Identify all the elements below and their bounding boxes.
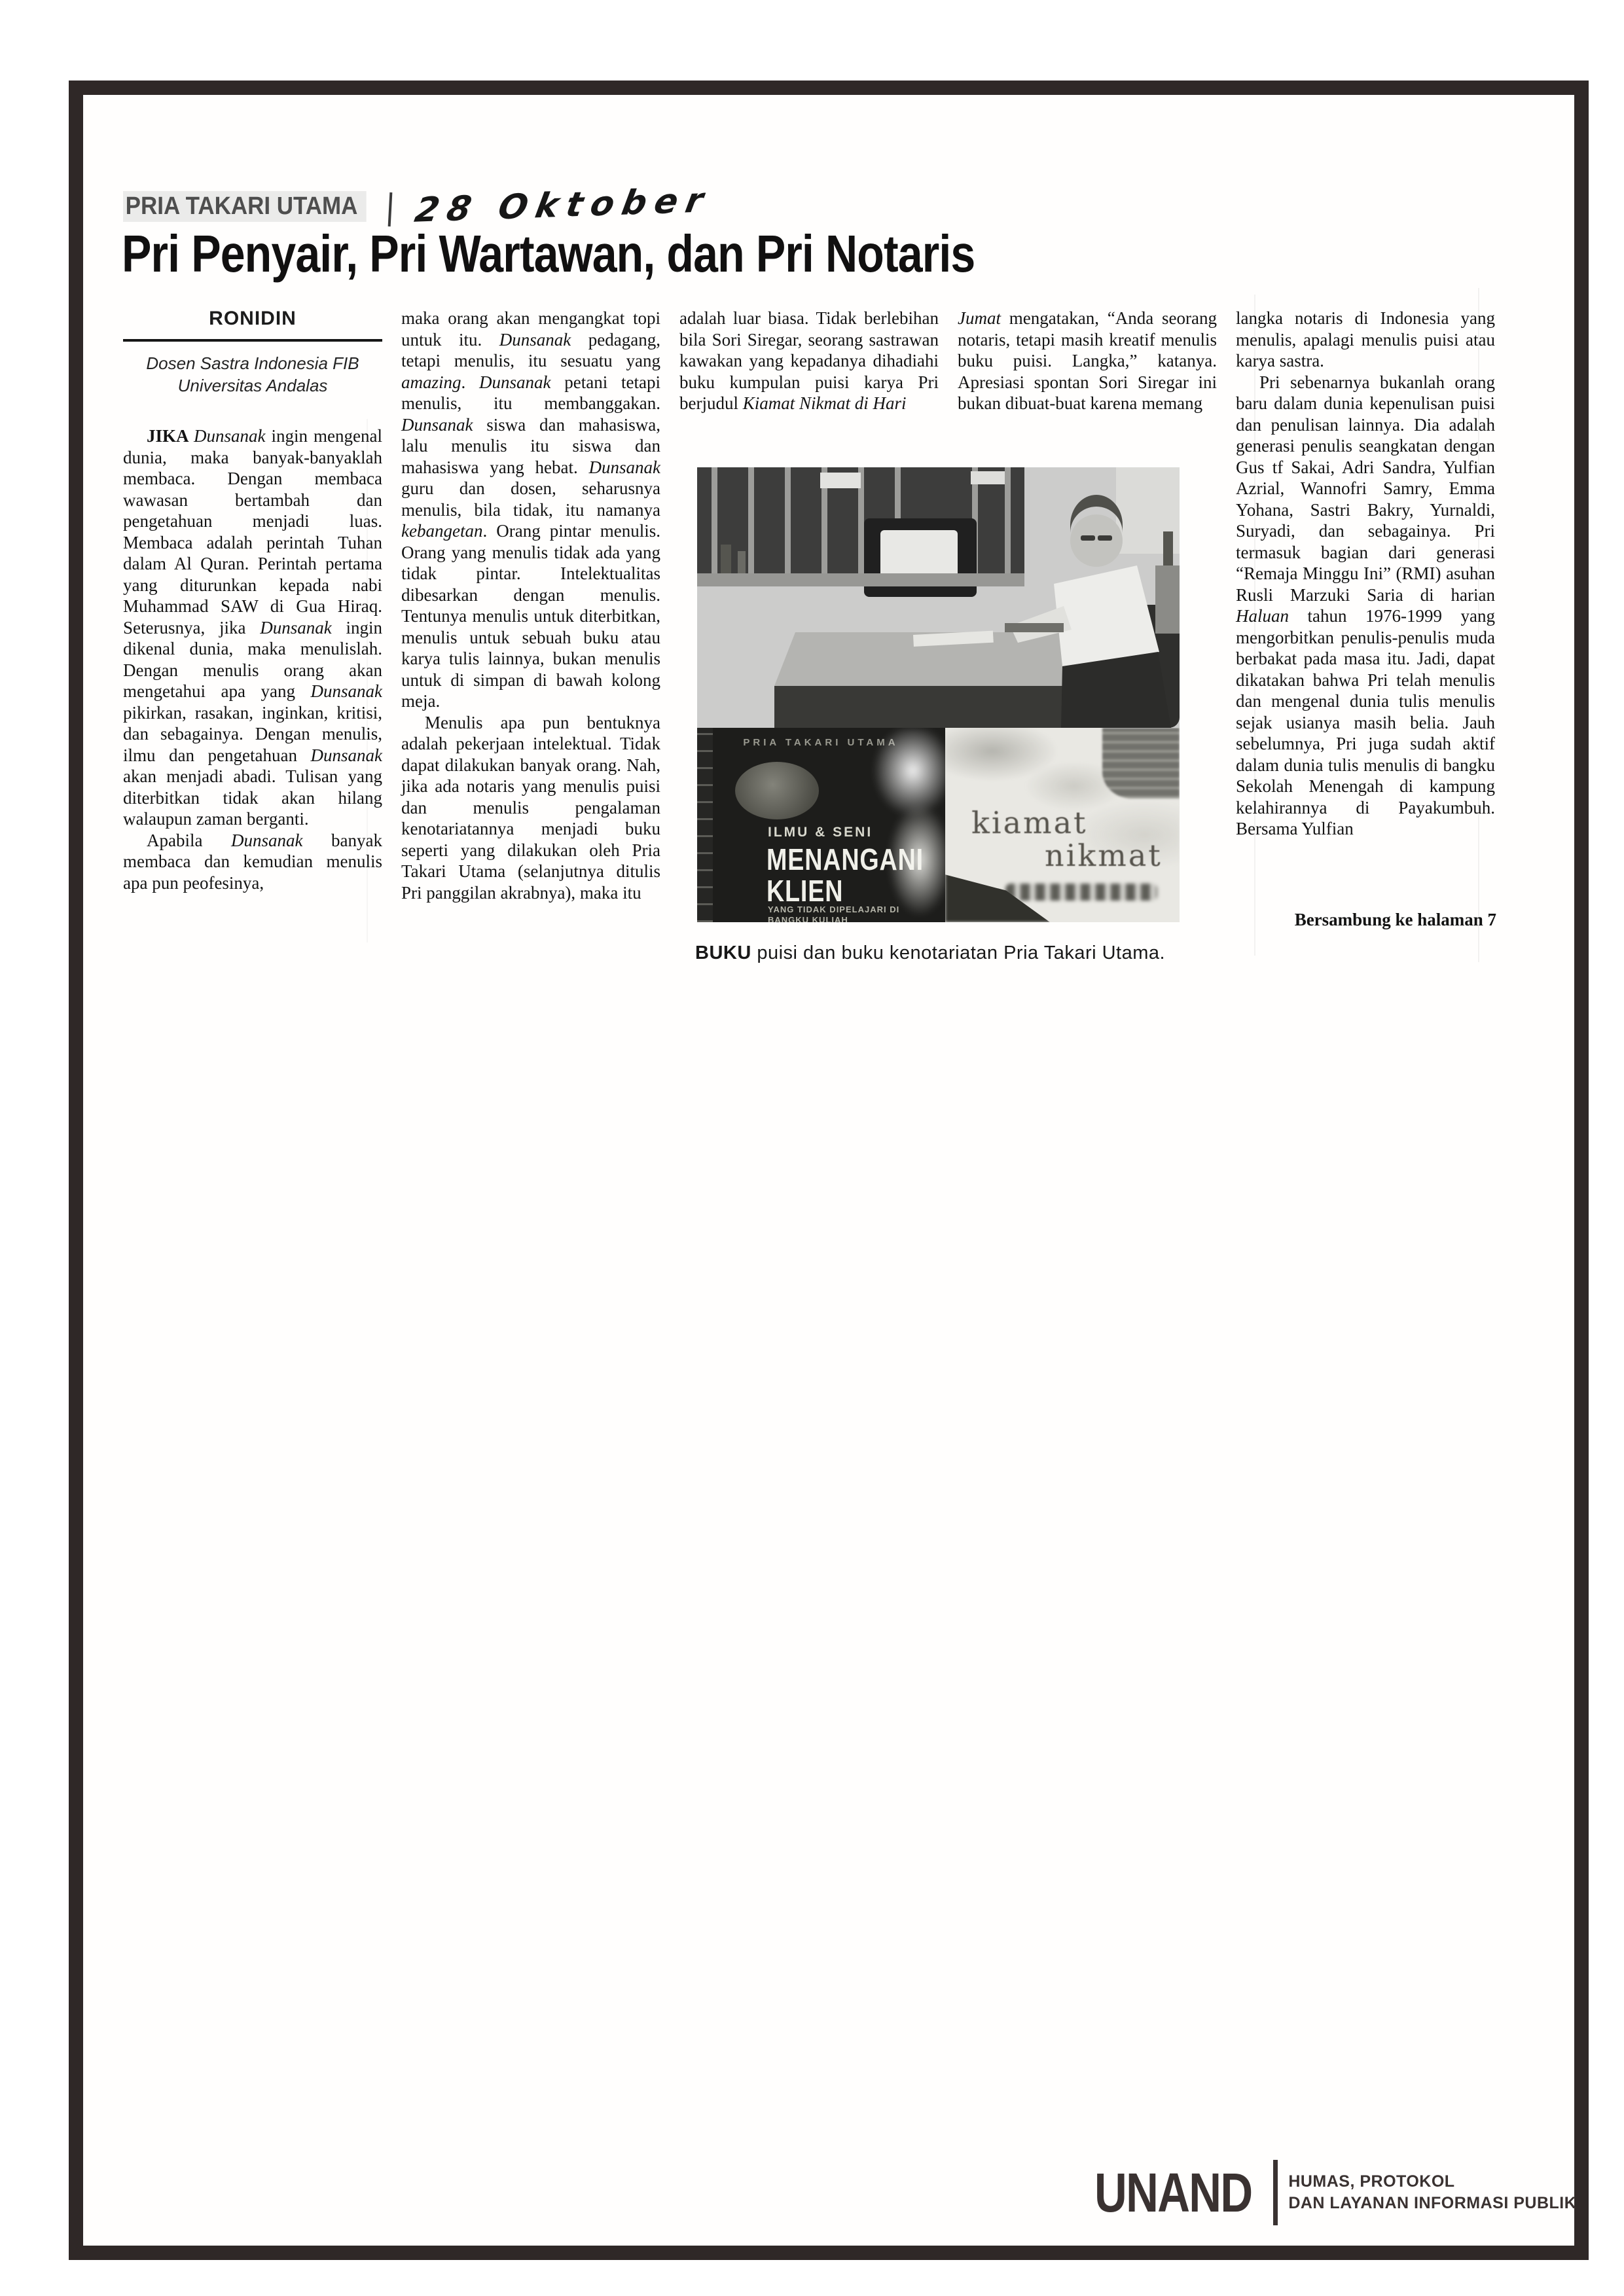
article-column-3: adalah luar biasa. Tidak berlebihan bila… <box>679 308 939 414</box>
unand-logo: UNAND <box>1094 2161 1252 2225</box>
footer-department-line1: HUMAS, PROTOKOL <box>1288 2172 1454 2191</box>
photo-caption-text: puisi dan buku kenotariatan Pria Takari … <box>751 942 1165 963</box>
cover-smudged-text <box>1005 884 1157 901</box>
article-paragraph: adalah luar biasa. Tidak berlebihan bila… <box>679 308 939 414</box>
source-label: PRIA TAKARI UTAMA <box>123 191 366 222</box>
scanned-newspaper-page: PRIA TAKARI UTAMA 28 Oktober Pri Penyair… <box>0 0 1624 2296</box>
article-paragraph: Apabila Dunsanak banyak membaca dan kemu… <box>123 830 382 894</box>
footer-logo: UNAND HUMAS, PROTOKOL DAN LAYANAN INFORM… <box>1094 2160 1576 2225</box>
cover-corner-smudge <box>1102 728 1180 798</box>
scan-crease <box>1478 288 1479 962</box>
article-paragraph: langka notaris di Indonesia yang menulis… <box>1236 308 1495 372</box>
photo-caption: BUKU puisi dan buku kenotariatan Pria Ta… <box>695 942 1206 964</box>
footer-department-line2: DAN LAYANAN INFORMASI PUBLIK <box>1288 2194 1576 2212</box>
byline-rule <box>123 339 382 342</box>
article-paragraph: Jumat mengatakan, “Anda seorang notaris,… <box>958 308 1217 414</box>
article-text-column-5: langka notaris di Indonesia yang menulis… <box>1236 308 1495 840</box>
photo-man-at-desk <box>697 467 1180 728</box>
article-paragraph: JIKA Dunsanak ingin mengenal dunia, maka… <box>123 425 382 830</box>
news-photo: PRIA TAKARI UTAMA ILMU & SENI MENANGANI … <box>697 467 1180 922</box>
photo-caption-lead: BUKU <box>695 942 751 963</box>
byline: RONIDIN Dosen Sastra Indonesia FIB Unive… <box>123 308 382 397</box>
book1-title-line2: KLIEN <box>767 873 843 908</box>
continuation-note: Bersambung ke halaman 7 <box>1236 910 1496 930</box>
book-cover-kiamat-nikmat: kiamat nikmat <box>945 728 1180 922</box>
article-title: Pri Penyair, Pri Wartawan, dan Pri Notar… <box>122 224 1151 284</box>
byline-affiliation-line2: Universitas Andalas <box>178 376 328 395</box>
byline-author: RONIDIN <box>123 308 382 330</box>
article-paragraph: Menulis apa pun bentuknya adalah pekerja… <box>401 712 660 904</box>
book1-series: ILMU & SENI <box>768 825 873 840</box>
masthead: PRIA TAKARI UTAMA 28 Oktober <box>123 191 710 226</box>
label-divider <box>388 192 392 226</box>
article-paragraph: Pri sebenarnya bukanlah orang baru dalam… <box>1236 372 1495 840</box>
article-column-5: langka notaris di Indonesia yang menulis… <box>1236 308 1495 840</box>
article-column-1: RONIDIN Dosen Sastra Indonesia FIB Unive… <box>123 308 382 893</box>
scan-crease <box>1254 295 1255 956</box>
book1-badge <box>735 762 819 819</box>
book-cover-menangani-klien: PRIA TAKARI UTAMA ILMU & SENI MENANGANI … <box>697 728 945 922</box>
article-column-2: maka orang akan mengangkat topi untuk it… <box>401 308 660 903</box>
footer-department: HUMAS, PROTOKOL DAN LAYANAN INFORMASI PU… <box>1288 2171 1576 2214</box>
book2-title-line1: kiamat <box>971 805 1088 840</box>
article-paragraph: maka orang akan mengangkat topi untuk it… <box>401 308 660 712</box>
article-text-column-3: adalah luar biasa. Tidak berlebihan bila… <box>679 308 939 414</box>
article-column-4: Jumat mengatakan, “Anda seorang notaris,… <box>958 308 1217 414</box>
book-spine <box>697 728 713 922</box>
article-text-column-2: maka orang akan mengangkat topi untuk it… <box>401 308 660 903</box>
article-text-column-1: JIKA Dunsanak ingin mengenal dunia, maka… <box>123 425 382 893</box>
book2-title-line2: nikmat <box>1045 838 1163 873</box>
scan-crease <box>367 419 368 942</box>
cover-smoke-silhouette <box>859 728 945 922</box>
byline-affiliation-line1: Dosen Sastra Indonesia FIB <box>146 353 359 373</box>
byline-affiliation: Dosen Sastra Indonesia FIB Universitas A… <box>123 352 382 397</box>
footer-divider <box>1273 2160 1278 2225</box>
article-text-column-4: Jumat mengatakan, “Anda seorang notaris,… <box>958 308 1217 414</box>
